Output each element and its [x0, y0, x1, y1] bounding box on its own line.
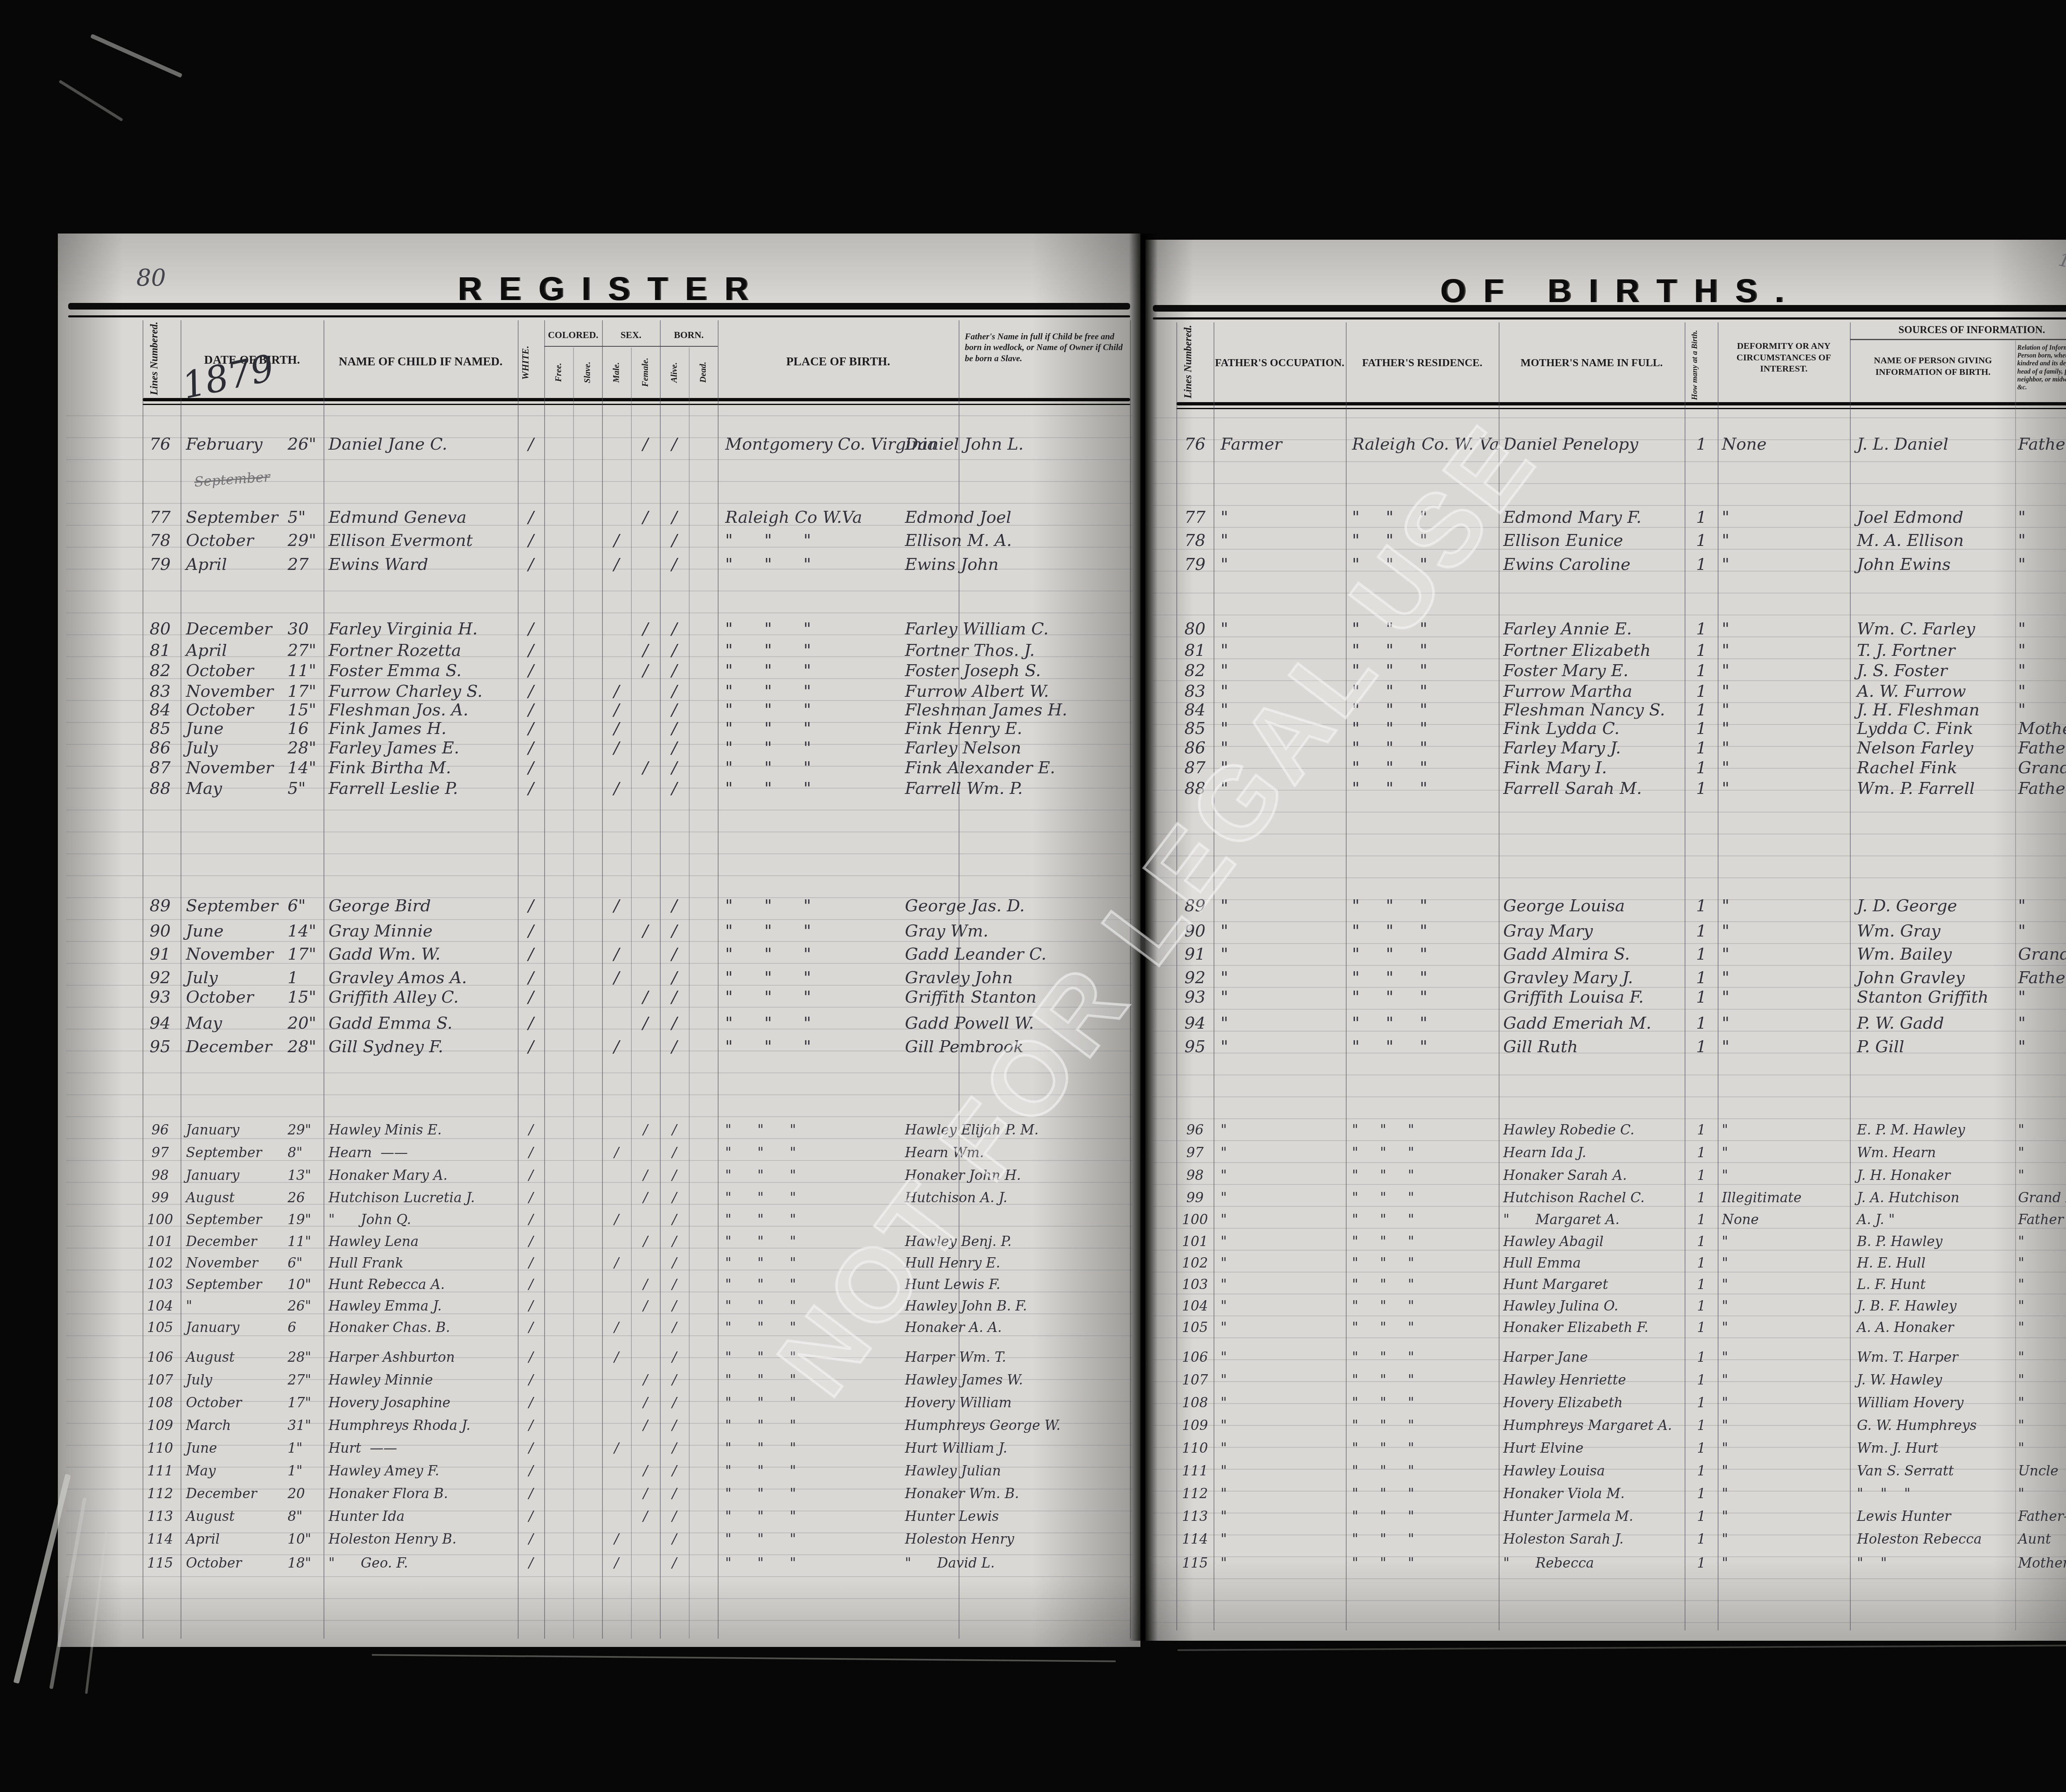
- row87-mother-name: Fink Mary I.: [1503, 758, 1681, 777]
- row112-informant-relation: ": [2018, 1485, 2066, 1501]
- row100-white-tick: /: [522, 1211, 540, 1227]
- row92-line-number: 92: [1176, 968, 1214, 987]
- row88-child-name: Farrell Leslie P.: [328, 779, 516, 798]
- row101-father-residence: " " ": [1352, 1233, 1495, 1249]
- header-rule-thick: [1153, 305, 2066, 312]
- scan-streak: [90, 34, 182, 78]
- row110-line-number: 110: [1176, 1440, 1214, 1456]
- row109-father-occupation: ": [1221, 1417, 1342, 1433]
- row84-father-residence: " " ": [1352, 701, 1495, 720]
- row98-mother-name: Honaker Sarah A.: [1503, 1167, 1681, 1183]
- row104-line-number: 104: [140, 1298, 180, 1314]
- row88-alive-tick: /: [665, 779, 683, 798]
- col-line: [1499, 322, 1500, 1630]
- row111-alive-tick: /: [665, 1463, 683, 1479]
- row97-birth-day: 8": [288, 1144, 325, 1161]
- row108-mother-name: Hovery Elizabeth: [1503, 1394, 1681, 1411]
- row85-informant-name: Lydda C. Fink: [1857, 719, 2012, 738]
- row83-line-number: 83: [1176, 682, 1214, 701]
- row101-father-name: Hawley Benj. P.: [905, 1233, 1130, 1249]
- row115-father-occupation: ": [1221, 1555, 1342, 1571]
- row84-birth-month: October: [186, 701, 285, 720]
- row104-white-tick: /: [522, 1298, 540, 1314]
- row115-child-name: " Geo. F.: [328, 1555, 516, 1571]
- row86-sex-tick: /: [607, 739, 626, 758]
- row99-line-number: 99: [1176, 1189, 1214, 1206]
- row102-alive-tick: /: [665, 1255, 683, 1271]
- row100-informant-name: A. J. ": [1857, 1211, 2012, 1227]
- row100-birth-day: 19": [288, 1211, 325, 1227]
- row79-father-occupation: ": [1221, 555, 1342, 574]
- row96-deformity: ": [1722, 1122, 1846, 1138]
- colored-sex-born-subrule: [544, 346, 718, 347]
- row84-child-name: Fleshman Jos. A.: [328, 701, 516, 720]
- row114-sex-tick: /: [607, 1531, 626, 1547]
- row79-child-name: Ewins Ward: [328, 555, 516, 574]
- row77-father-occupation: ": [1221, 508, 1342, 527]
- row106-birth-month: August: [186, 1349, 285, 1365]
- col-line: [631, 348, 632, 1639]
- row87-child-name: Fink Birtha M.: [328, 758, 516, 777]
- row96-informant-name: E. P. M. Hawley: [1857, 1122, 2012, 1138]
- left-page-number: 80: [136, 265, 166, 291]
- col-header-lines-numbered: Lines Numbered.: [1182, 324, 1195, 399]
- row92-child-name: Gravley Amos A.: [328, 968, 516, 987]
- register-title: REGISTER: [281, 270, 942, 308]
- row99-father-residence: " " ": [1352, 1189, 1495, 1206]
- row87-informant-relation: Grand Mother: [2018, 758, 2066, 777]
- row77-sex-tick: /: [636, 508, 655, 527]
- col-header-fathers-occupation: FATHER'S OCCUPATION.: [1214, 356, 1346, 370]
- row91-father-name: Gadd Leander C.: [905, 945, 1130, 964]
- row81-sex-tick: /: [636, 641, 655, 660]
- row101-child-name: Hawley Lena: [328, 1233, 516, 1249]
- row97-birth-month: September: [186, 1144, 285, 1161]
- row100-alive-tick: /: [665, 1211, 683, 1227]
- row101-deformity: ": [1722, 1233, 1846, 1249]
- row95-deformity: ": [1722, 1037, 1846, 1056]
- row106-deformity: ": [1722, 1349, 1846, 1365]
- col-line: [1718, 322, 1718, 1630]
- row111-deformity: ": [1722, 1463, 1846, 1479]
- row82-father-residence: " " ": [1352, 661, 1495, 680]
- row89-line-number: 89: [140, 896, 180, 915]
- row92-deformity: ": [1722, 968, 1846, 987]
- row96-father-residence: " " ": [1352, 1122, 1495, 1138]
- col-line: [1214, 322, 1214, 1630]
- row85-informant-relation: Mother: [2018, 719, 2066, 738]
- row82-line-number: 82: [1176, 661, 1214, 680]
- col-header-mothers-name: MOTHER'S NAME IN FULL.: [1499, 356, 1685, 370]
- col-line: [518, 320, 519, 1639]
- row110-father-occupation: ": [1221, 1440, 1342, 1456]
- row98-child-name: Honaker Mary A.: [328, 1167, 516, 1183]
- row113-alive-tick: /: [665, 1508, 683, 1524]
- header-bottom-rule-thin: [143, 404, 1130, 405]
- row109-informant-relation: ": [2018, 1417, 2066, 1433]
- row76-informant-relation: Father: [2018, 435, 2066, 454]
- row79-how-many: 1: [1690, 555, 1713, 574]
- row114-father-occupation: ": [1221, 1531, 1342, 1547]
- row113-white-tick: /: [522, 1508, 540, 1524]
- row76-father-name: Daniel John L.: [905, 435, 1130, 454]
- row93-mother-name: Griffith Louisa F.: [1503, 988, 1681, 1007]
- row114-line-number: 114: [140, 1531, 180, 1547]
- row97-line-number: 97: [1176, 1144, 1214, 1161]
- row82-father-occupation: ": [1221, 661, 1342, 680]
- row93-father-occupation: ": [1221, 988, 1342, 1007]
- row113-father-occupation: ": [1221, 1508, 1342, 1524]
- row112-deformity: ": [1722, 1485, 1846, 1501]
- row86-father-occupation: ": [1221, 739, 1342, 758]
- row101-alive-tick: /: [665, 1233, 683, 1249]
- row103-line-number: 103: [140, 1276, 180, 1292]
- row110-sex-tick: /: [607, 1440, 626, 1456]
- row77-line-number: 77: [140, 508, 180, 527]
- row115-father-name: " David L.: [905, 1555, 1130, 1571]
- row90-informant-relation: ": [2018, 922, 2066, 941]
- row102-informant-relation: ": [2018, 1255, 2066, 1271]
- row83-how-many: 1: [1690, 682, 1713, 701]
- row81-deformity: ": [1722, 641, 1846, 660]
- col-header-sex: SEX.: [602, 329, 660, 341]
- row78-white-tick: /: [522, 531, 540, 550]
- row108-line-number: 108: [140, 1394, 180, 1411]
- row89-informant-relation: ": [2018, 896, 2066, 915]
- row107-sex-tick: /: [636, 1372, 655, 1388]
- row114-birth-month: April: [186, 1531, 285, 1547]
- row104-father-occupation: ": [1221, 1298, 1342, 1314]
- row97-white-tick: /: [522, 1144, 540, 1161]
- row115-mother-name: " Rebecca: [1503, 1555, 1681, 1571]
- row103-birth-month: September: [186, 1276, 285, 1292]
- row79-father-residence: " " ": [1352, 555, 1495, 574]
- row92-alive-tick: /: [665, 968, 683, 987]
- row87-father-occupation: ": [1221, 758, 1342, 777]
- row77-alive-tick: /: [665, 508, 683, 527]
- row108-informant-name: William Hovery: [1857, 1394, 2012, 1411]
- row102-line-number: 102: [140, 1255, 180, 1271]
- row76-line-number: 76: [140, 435, 180, 454]
- row92-father-name: Gravley John: [905, 968, 1130, 987]
- header-rule-thin: [1153, 317, 2066, 319]
- row91-sex-tick: /: [607, 945, 626, 964]
- header-rule-thick: [68, 303, 1130, 310]
- row80-birth-month: December: [186, 620, 285, 639]
- row102-deformity: ": [1722, 1255, 1846, 1271]
- row99-father-occupation: ": [1221, 1189, 1342, 1206]
- row94-informant-name: P. W. Gadd: [1857, 1014, 2012, 1033]
- row115-white-tick: /: [522, 1555, 540, 1571]
- row104-how-many: 1: [1690, 1298, 1713, 1314]
- row114-alive-tick: /: [665, 1531, 683, 1547]
- row93-informant-name: Stanton Griffith: [1857, 988, 2012, 1007]
- row88-sex-tick: /: [607, 779, 626, 798]
- row101-informant-relation: ": [2018, 1233, 2066, 1249]
- scan-streak: [59, 80, 123, 122]
- row95-white-tick: /: [522, 1037, 540, 1056]
- row113-informant-relation: Father–: [2018, 1508, 2066, 1524]
- row98-line-number: 98: [140, 1167, 180, 1183]
- row108-birth-month: October: [186, 1394, 285, 1411]
- row109-how-many: 1: [1690, 1417, 1713, 1433]
- row105-informant-relation: ": [2018, 1319, 2066, 1335]
- row106-alive-tick: /: [665, 1349, 683, 1365]
- row104-alive-tick: /: [665, 1298, 683, 1314]
- row76-white-tick: /: [522, 435, 540, 454]
- row103-informant-relation: ": [2018, 1276, 2066, 1292]
- row90-birth-day: 14": [288, 922, 325, 941]
- row108-how-many: 1: [1690, 1394, 1713, 1411]
- row93-birth-day: 15": [288, 988, 325, 1007]
- row99-sex-tick: /: [636, 1189, 655, 1206]
- row96-father-name: Hawley Elijah P. M.: [905, 1122, 1130, 1138]
- row95-informant-relation: ": [2018, 1037, 2066, 1056]
- row94-father-name: Gadd Powell W.: [905, 1014, 1130, 1033]
- row108-informant-relation: ": [2018, 1394, 2066, 1411]
- row82-sex-tick: /: [636, 661, 655, 680]
- row84-mother-name: Fleshman Nancy S.: [1503, 701, 1681, 720]
- row103-father-occupation: ": [1221, 1276, 1342, 1292]
- row87-deformity: ": [1722, 758, 1846, 777]
- row108-father-occupation: ": [1221, 1394, 1342, 1411]
- row111-sex-tick: /: [636, 1463, 655, 1479]
- row77-child-name: Edmund Geneva: [328, 508, 516, 527]
- row107-father-occupation: ": [1221, 1372, 1342, 1388]
- row107-child-name: Hawley Minnie: [328, 1372, 516, 1388]
- row115-deformity: ": [1722, 1555, 1846, 1571]
- row95-birth-month: December: [186, 1037, 285, 1056]
- row114-father-residence: " " ": [1352, 1531, 1495, 1547]
- row101-father-occupation: ": [1221, 1233, 1342, 1249]
- row89-deformity: ": [1722, 896, 1846, 915]
- row92-informant-relation: Father: [2018, 968, 2066, 987]
- row115-birth-day: 18": [288, 1555, 325, 1571]
- row96-father-occupation: ": [1221, 1122, 1342, 1138]
- row92-sex-tick: /: [607, 968, 626, 987]
- row94-deformity: ": [1722, 1014, 1846, 1033]
- row110-child-name: Hurt ——: [328, 1440, 516, 1456]
- row82-father-name: Foster Joseph S.: [905, 661, 1130, 680]
- row102-informant-name: H. E. Hull: [1857, 1255, 2012, 1271]
- row80-father-residence: " " ": [1352, 620, 1495, 639]
- row111-how-many: 1: [1690, 1463, 1713, 1479]
- row91-line-number: 91: [1176, 945, 1214, 964]
- row93-deformity: ": [1722, 988, 1846, 1007]
- row89-line-number: 89: [1176, 896, 1214, 915]
- row110-line-number: 110: [140, 1440, 180, 1456]
- row85-child-name: Fink James H.: [328, 719, 516, 738]
- row83-alive-tick: /: [665, 682, 683, 701]
- row76-child-name: Daniel Jane C.: [328, 435, 516, 454]
- col-line: [2015, 341, 2016, 1630]
- row78-birth-day: 29": [288, 531, 325, 550]
- row114-child-name: Holeston Henry B.: [328, 1531, 516, 1547]
- row99-alive-tick: /: [665, 1189, 683, 1206]
- row110-birth-month: June: [186, 1440, 285, 1456]
- row84-alive-tick: /: [665, 701, 683, 720]
- row80-father-occupation: ": [1221, 620, 1342, 639]
- row107-line-number: 107: [1176, 1372, 1214, 1388]
- row110-father-residence: " " ": [1352, 1440, 1495, 1456]
- row91-informant-name: Wm. Bailey: [1857, 945, 2012, 964]
- row99-white-tick: /: [522, 1189, 540, 1206]
- row112-how-many: 1: [1690, 1485, 1713, 1501]
- row105-deformity: ": [1722, 1319, 1846, 1335]
- row96-birth-day: 29": [288, 1122, 325, 1138]
- row89-father-occupation: ": [1221, 896, 1342, 915]
- row80-child-name: Farley Virginia H.: [328, 620, 516, 639]
- row79-line-number: 79: [1176, 555, 1214, 574]
- row82-informant-relation: ": [2018, 661, 2066, 680]
- row107-informant-relation: ": [2018, 1372, 2066, 1388]
- row78-alive-tick: /: [665, 531, 683, 550]
- row93-sex-tick: /: [636, 988, 655, 1007]
- row113-father-name: Hunter Lewis: [905, 1508, 1130, 1524]
- row111-white-tick: /: [522, 1463, 540, 1479]
- row99-birth-day: 26: [288, 1189, 325, 1206]
- row103-father-name: Hunt Lewis F.: [905, 1276, 1130, 1292]
- row109-father-name: Humphreys George W.: [905, 1417, 1130, 1433]
- row85-alive-tick: /: [665, 719, 683, 738]
- row112-informant-name: " " ": [1857, 1485, 2012, 1501]
- col-line: [573, 348, 574, 1639]
- row82-line-number: 82: [140, 661, 180, 680]
- row91-informant-relation: Grand Pa.: [2018, 945, 2066, 964]
- col-header-fathers-residence: FATHER'S RESIDENCE.: [1346, 356, 1499, 370]
- row85-father-occupation: ": [1221, 719, 1342, 738]
- col-header-lines-numbered: Lines Numbered.: [148, 321, 161, 396]
- col-line: [689, 348, 690, 1639]
- row107-father-residence: " " ": [1352, 1372, 1495, 1388]
- row78-informant-relation: ": [2018, 531, 2066, 550]
- row80-white-tick: /: [522, 620, 540, 639]
- row88-father-residence: " " ": [1352, 779, 1495, 798]
- row92-father-residence: " " ": [1352, 968, 1495, 987]
- row108-birth-day: 17": [288, 1394, 325, 1411]
- row104-informant-relation: ": [2018, 1298, 2066, 1314]
- col-line: [181, 320, 181, 1639]
- row85-mother-name: Fink Lydda C.: [1503, 719, 1681, 738]
- row93-informant-relation: ": [2018, 988, 2066, 1007]
- row113-line-number: 113: [1176, 1508, 1214, 1524]
- row79-sex-tick: /: [607, 555, 626, 574]
- row114-father-name: Holeston Henry: [905, 1531, 1130, 1547]
- row91-father-occupation: ": [1221, 945, 1342, 964]
- row90-sex-tick: /: [636, 922, 655, 941]
- row98-birth-day: 13": [288, 1167, 325, 1183]
- row107-white-tick: /: [522, 1372, 540, 1388]
- row99-deformity: Illegitimate: [1722, 1189, 1846, 1206]
- row110-how-many: 1: [1690, 1440, 1713, 1456]
- row91-deformity: ": [1722, 945, 1846, 964]
- row91-how-many: 1: [1690, 945, 1713, 964]
- row90-line-number: 90: [140, 922, 180, 941]
- row92-white-tick: /: [522, 968, 540, 987]
- row105-father-residence: " " ": [1352, 1319, 1495, 1335]
- row76-how-many: 1: [1690, 435, 1713, 454]
- col-header-born: BORN.: [660, 329, 718, 341]
- row79-deformity: ": [1722, 555, 1846, 574]
- row84-line-number: 84: [140, 701, 180, 720]
- row87-line-number: 87: [140, 758, 180, 777]
- row79-line-number: 79: [140, 555, 180, 574]
- col-line: [1346, 322, 1347, 1630]
- row94-father-residence: " " ": [1352, 1014, 1495, 1033]
- row107-how-many: 1: [1690, 1372, 1713, 1388]
- col-line: [718, 320, 719, 1639]
- row107-birth-month: July: [186, 1372, 285, 1388]
- row113-how-many: 1: [1690, 1508, 1713, 1524]
- row115-informant-name: " ": [1857, 1555, 2012, 1571]
- row82-alive-tick: /: [665, 661, 683, 680]
- row109-birth-month: March: [186, 1417, 285, 1433]
- row77-white-tick: /: [522, 508, 540, 527]
- row98-father-occupation: ": [1221, 1167, 1342, 1183]
- row80-line-number: 80: [140, 620, 180, 639]
- row82-white-tick: /: [522, 661, 540, 680]
- header-bottom-rule-thin: [1176, 408, 2066, 409]
- row105-line-number: 105: [1176, 1319, 1214, 1335]
- row97-father-residence: " " ": [1352, 1144, 1495, 1161]
- row115-line-number: 115: [1176, 1555, 1214, 1571]
- col-header-male: Male.: [611, 350, 621, 395]
- row95-birth-day: 28": [288, 1037, 325, 1056]
- row96-line-number: 96: [1176, 1122, 1214, 1138]
- row90-mother-name: Gray Mary: [1503, 922, 1681, 941]
- row101-mother-name: Hawley Abagil: [1503, 1233, 1681, 1249]
- row89-informant-name: J. D. George: [1857, 896, 2012, 915]
- row83-deformity: ": [1722, 682, 1846, 701]
- row108-father-name: Hovery William: [905, 1394, 1130, 1411]
- row106-sex-tick: /: [607, 1349, 626, 1365]
- row85-father-residence: " " ": [1352, 719, 1495, 738]
- row102-father-residence: " " ": [1352, 1255, 1495, 1271]
- row115-birth-month: October: [186, 1555, 285, 1571]
- row93-alive-tick: /: [665, 988, 683, 1007]
- row112-line-number: 112: [140, 1485, 180, 1501]
- row106-white-tick: /: [522, 1349, 540, 1365]
- row100-father-occupation: ": [1221, 1211, 1342, 1227]
- row97-deformity: ": [1722, 1144, 1846, 1161]
- row78-father-name: Ellison M. A.: [905, 531, 1130, 550]
- row101-sex-tick: /: [636, 1233, 655, 1249]
- row111-father-residence: " " ": [1352, 1463, 1495, 1479]
- row78-father-occupation: ": [1221, 531, 1342, 550]
- row88-deformity: ": [1722, 779, 1846, 798]
- row106-father-residence: " " ": [1352, 1349, 1495, 1365]
- row86-line-number: 86: [1176, 739, 1214, 758]
- row111-informant-name: Van S. Serratt: [1857, 1463, 2012, 1479]
- row89-birth-month: September: [186, 896, 285, 915]
- row91-white-tick: /: [522, 945, 540, 964]
- row87-father-residence: " " ": [1352, 758, 1495, 777]
- row114-how-many: 1: [1690, 1531, 1713, 1547]
- row89-birth-day: 6": [288, 896, 325, 915]
- row98-father-name: Honaker John H.: [905, 1167, 1130, 1183]
- row97-father-name: Hearn Wm.: [905, 1144, 1130, 1161]
- row106-how-many: 1: [1690, 1349, 1713, 1365]
- row94-alive-tick: /: [665, 1014, 683, 1033]
- row111-father-occupation: ": [1221, 1463, 1342, 1479]
- row82-informant-name: J. S. Foster: [1857, 661, 2012, 680]
- row109-informant-name: G. W. Humphreys: [1857, 1417, 2012, 1433]
- row88-informant-name: Wm. P. Farrell: [1857, 779, 2012, 798]
- row109-child-name: Humphreys Rhoda J.: [328, 1417, 516, 1433]
- row114-birth-day: 10": [288, 1531, 325, 1547]
- row105-birth-day: 6: [288, 1319, 325, 1335]
- row88-mother-name: Farrell Sarah M.: [1503, 779, 1681, 798]
